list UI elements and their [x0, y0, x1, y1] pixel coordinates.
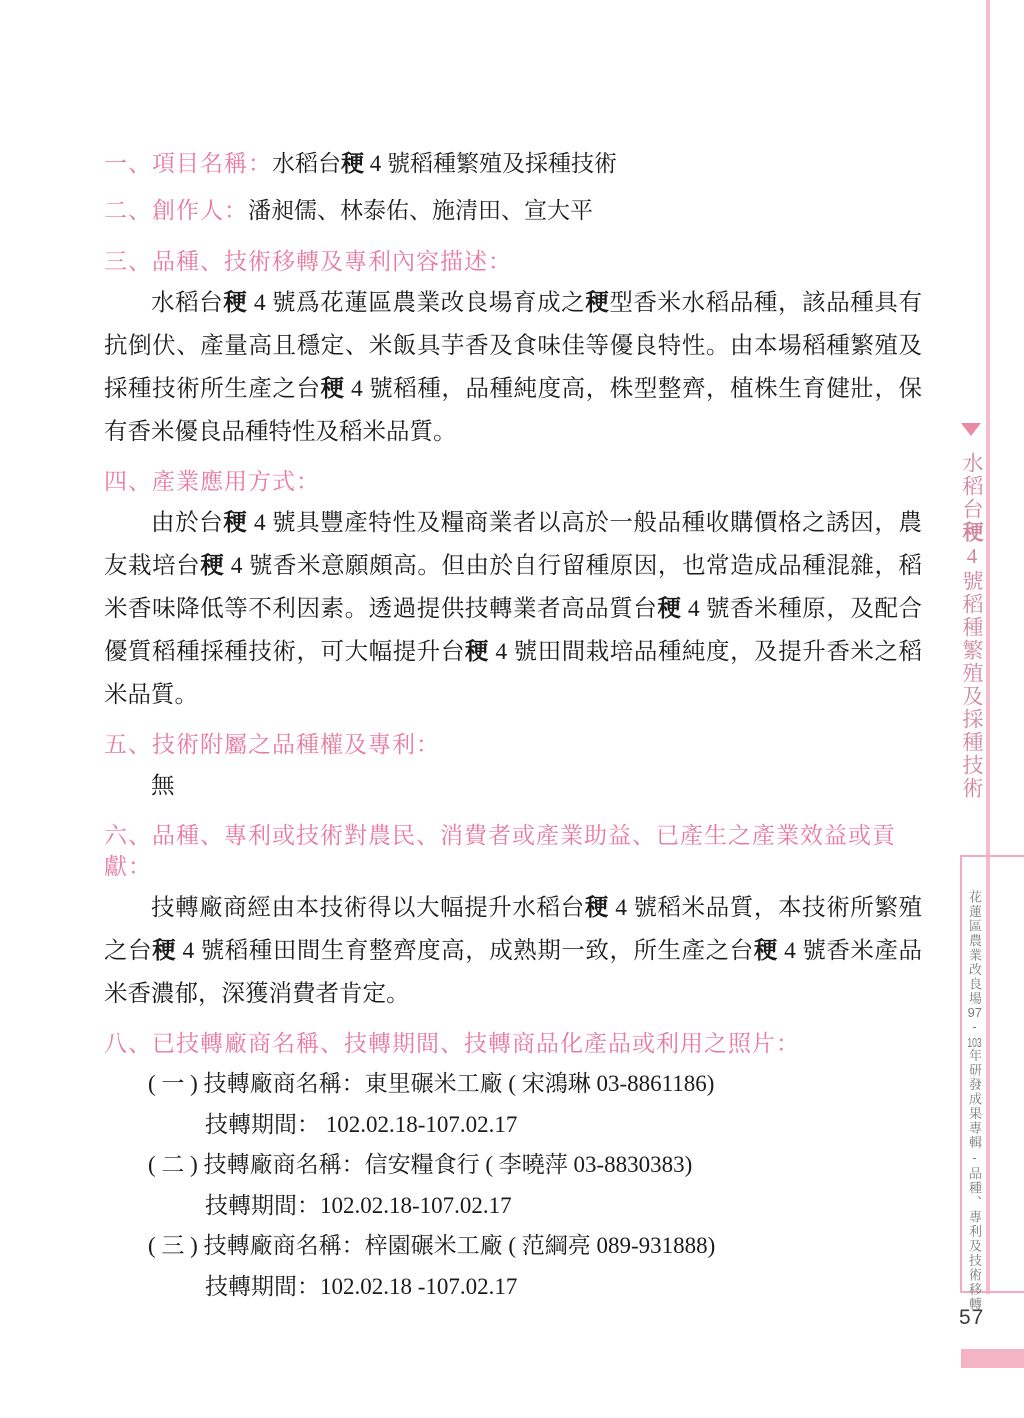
section-project-name: 一、項目名稱：水稻台稉 4 號稻種繁殖及採種技術	[104, 140, 922, 187]
section-label: 二、創作人：	[104, 197, 248, 223]
section-heading-description: 三、品種、技術移轉及專利內容描述：	[104, 246, 922, 277]
section-label: 一、項目名稱：	[104, 150, 272, 176]
transfer-item: ( 三 ) 技轉廠商名稱：梓園碾米工廠 ( 范綱亮 089-931888) 技轉…	[104, 1226, 922, 1307]
section-heading-patent: 五、技術附屬之品種權及專利：	[104, 729, 922, 760]
transfer-name: ( 二 ) 技轉廠商名稱：信安糧食行 ( 李曉萍 03-8830383)	[148, 1145, 922, 1186]
section-body-description: 水稻台稉 4 號爲花蓮區農業改良場育成之稉型香米水稻品種，該品種具有抗倒伏、產量…	[104, 282, 922, 454]
page-content: 一、項目名稱：水稻台稉 4 號稻種繁殖及採種技術 二、創作人：潘昶儒、林泰佑、施…	[104, 140, 922, 1307]
transfer-period: 技轉期間： 102.02.18-107.02.17	[205, 1105, 922, 1146]
transfer-name: ( 一 ) 技轉廠商名稱：東里碾米工廠 ( 宋鴻琳 03-8861186)	[148, 1064, 922, 1105]
section-heading-application: 四、產業應用方式：	[104, 466, 922, 497]
section-body-patent: 無	[104, 765, 922, 808]
section-body-application: 由於台稉 4 號具豐產特性及糧商業者以高於一般品種收購價格之誘因，農友栽培台稉 …	[104, 502, 922, 717]
section-value: 潘昶儒、林泰佑、施清田、宣大平	[248, 198, 593, 223]
section-heading-benefit: 六、品種、專利或技術對農民、消費者或產業助益、已產生之產業效益或貢獻：	[104, 820, 922, 882]
section-heading-transfers: 八、已技轉廠商名稱、技轉期間、技轉商品化產品或利用之照片：	[104, 1028, 922, 1059]
transfer-period: 技轉期間：102.02.18-107.02.17	[205, 1186, 922, 1227]
sidebar-chapter-title: 水稻台稉4號稻種繁殖及採種技術	[957, 452, 987, 800]
section-creators: 二、創作人：潘昶儒、林泰佑、施清田、宣大平	[104, 187, 922, 234]
section-body-benefit: 技轉廠商經由本技術得以大幅提升水稻台稉 4 號稻米品質，本技術所繁殖之台稉 4 …	[104, 887, 922, 1016]
transfer-name: ( 三 ) 技轉廠商名稱：梓園碾米工廠 ( 范綱亮 089-931888)	[148, 1226, 922, 1267]
transfer-item: ( 一 ) 技轉廠商名稱：東里碾米工廠 ( 宋鴻琳 03-8861186) 技轉…	[104, 1064, 922, 1145]
sidebar-footer-label: 花蓮區農業改良場97-103年研發成果專輯-品種、專利及技術移轉	[962, 890, 987, 1312]
triangle-down-icon	[961, 423, 981, 436]
section-value: 水稻台稉 4 號稻種繁殖及採種技術	[272, 151, 617, 176]
transfer-period: 技轉期間：102.02.18 -107.02.17	[205, 1267, 922, 1308]
bottom-pink-bar	[961, 1349, 1024, 1368]
transfer-item: ( 二 ) 技轉廠商名稱：信安糧食行 ( 李曉萍 03-8830383) 技轉期…	[104, 1145, 922, 1226]
page-number: 57	[959, 1306, 984, 1330]
